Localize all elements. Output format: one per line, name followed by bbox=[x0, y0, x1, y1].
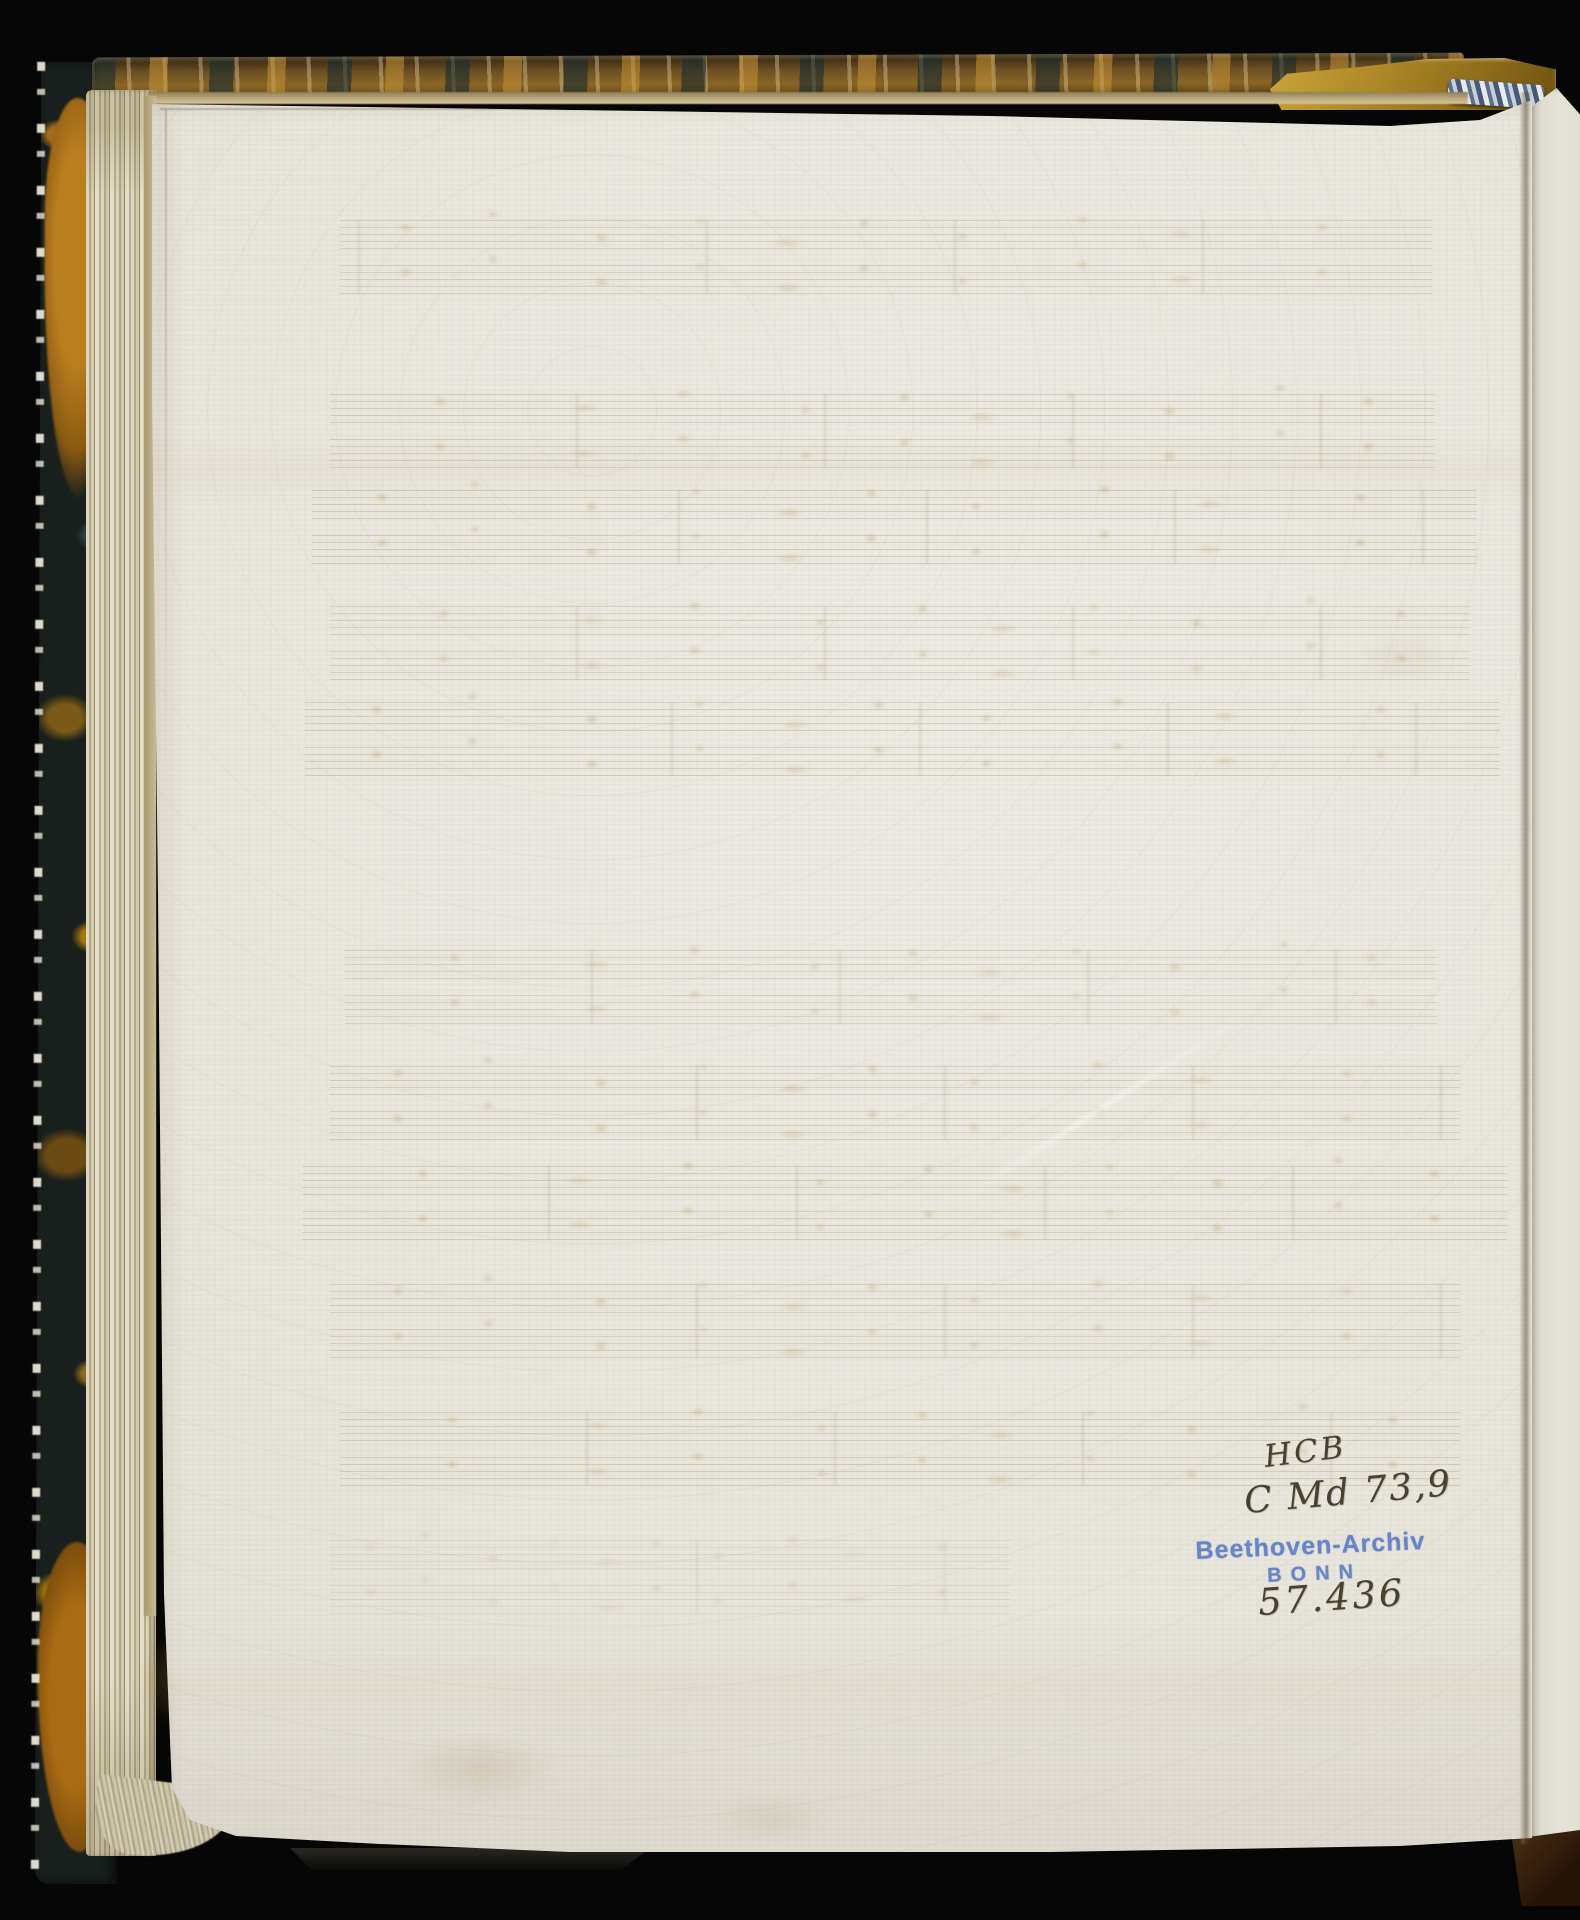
bleedthrough-stave bbox=[330, 1540, 1010, 1569]
bleedthrough-stave bbox=[302, 1211, 1507, 1240]
bleedthrough-stave bbox=[312, 535, 1477, 564]
gutter-crease bbox=[1519, 92, 1531, 1844]
bleedthrough-system bbox=[330, 1284, 1460, 1358]
manuscript-page: HCB C Md 73,9 Beethoven-Archiv BONN 57.4… bbox=[150, 94, 1532, 1856]
bleedthrough-stave bbox=[305, 747, 1500, 776]
paper-stain bbox=[1360, 634, 1450, 680]
bleedthrough-stave bbox=[345, 995, 1437, 1024]
book-photo: HCB C Md 73,9 Beethoven-Archiv BONN 57.4… bbox=[0, 0, 1580, 1920]
paper-stain bbox=[400, 1734, 560, 1804]
bleedthrough-system bbox=[330, 1066, 1460, 1140]
bleedthrough-stave bbox=[330, 439, 1435, 468]
bleedthrough-stave bbox=[302, 1166, 1507, 1195]
bleedthrough-stave bbox=[330, 651, 1470, 680]
bleedthrough-stave bbox=[330, 1585, 1010, 1614]
bleedthrough-system bbox=[330, 606, 1470, 680]
bleedthrough-stave bbox=[345, 950, 1437, 979]
pencil-annotation-number: 57.436 bbox=[1257, 1571, 1407, 1624]
bleedthrough-stave bbox=[330, 1329, 1460, 1358]
bleedthrough-stave bbox=[330, 1111, 1460, 1140]
bleedthrough-stave bbox=[340, 265, 1432, 294]
bleedthrough-system bbox=[345, 950, 1437, 1024]
bleedthrough-stave bbox=[330, 606, 1470, 635]
bleedthrough-stave bbox=[312, 490, 1477, 519]
bleedthrough-system bbox=[340, 220, 1432, 294]
underlying-page-edge-top bbox=[148, 92, 1468, 104]
bleedthrough-stave bbox=[305, 702, 1500, 731]
facing-page-sliver bbox=[1528, 88, 1580, 1848]
paper-tone-band bbox=[150, 1654, 1532, 1724]
bleedthrough-system bbox=[330, 1540, 1010, 1614]
bleedthrough-system bbox=[305, 702, 1500, 776]
bleedthrough-system bbox=[312, 490, 1477, 564]
paper-stain bbox=[710, 1794, 830, 1844]
bleedthrough-stave bbox=[330, 1284, 1460, 1313]
bleedthrough-system bbox=[302, 1166, 1507, 1240]
bleedthrough-stave bbox=[330, 394, 1435, 423]
bleedthrough-stave bbox=[330, 1066, 1460, 1095]
bleedthrough-system bbox=[330, 394, 1435, 468]
bleedthrough-stave bbox=[340, 220, 1432, 249]
